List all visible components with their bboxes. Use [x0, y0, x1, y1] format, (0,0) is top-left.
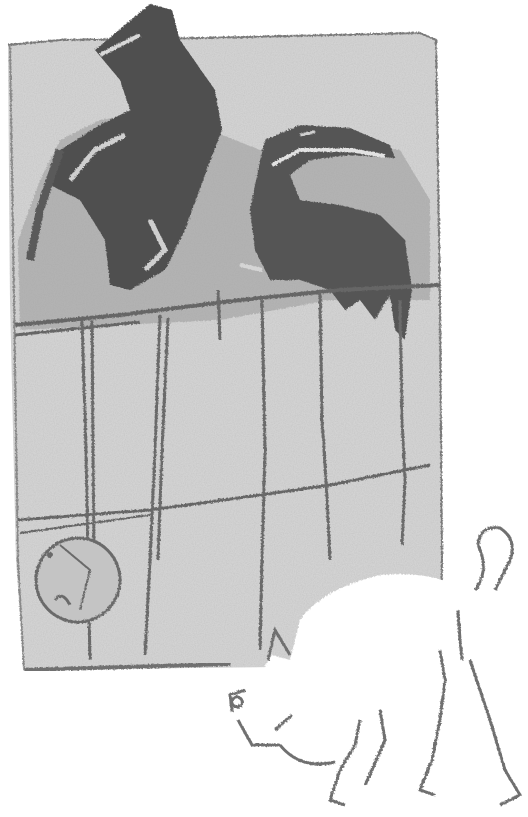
round-face — [36, 538, 120, 622]
sketch-illustration — [0, 0, 528, 817]
